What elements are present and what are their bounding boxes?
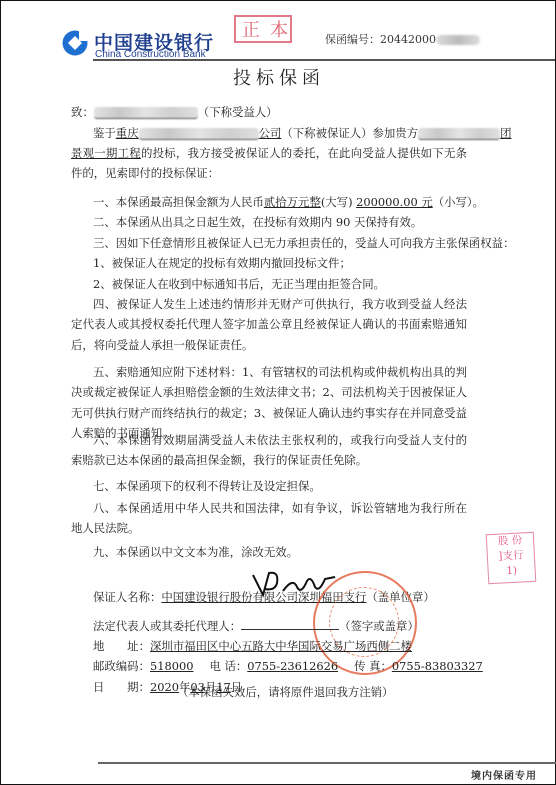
redacted-company xyxy=(139,128,259,140)
guarantee-number: 保函编号：20442000 xyxy=(325,31,480,47)
intro-text: （下称被保证人）参加贵方 xyxy=(281,126,418,140)
original-stamp: 正本 xyxy=(234,15,292,43)
side-stamp: 股 份 ]支行 1) xyxy=(486,532,537,584)
representative-suffix: （签字或盖章） xyxy=(339,619,419,633)
company-name-end: 公司 xyxy=(259,126,282,140)
footer-label: 境内保函专用 xyxy=(471,767,537,782)
ccb-logo-icon xyxy=(62,30,88,56)
clause-1: 一、本保函最高担保金额为人民币贰拾万元整(大写) 200000.00 元（小写）… xyxy=(93,192,484,213)
redacted-project xyxy=(418,128,500,140)
clause-6: 六、本保函有效期届满受益人未依法主张权利的，或我行向受益人支付的索赔款已达本保函… xyxy=(71,430,467,471)
recipient-line: 致：（下称受益人） xyxy=(71,102,278,123)
date-year: 2020 xyxy=(150,680,179,694)
date-label: 日 期： xyxy=(93,680,150,694)
redacted-block xyxy=(436,35,480,45)
address-line: 地 址：深圳市福田区中心五路大中华国际交易广场西侧二楼 xyxy=(93,636,412,657)
document-title: 投标保函 xyxy=(1,64,556,90)
contact-line: 邮政编码：518000电 话：0755-23612626传 真：0755-838… xyxy=(93,656,483,677)
company-name-start: 重庆 xyxy=(116,126,139,140)
postcode-label: 邮政编码： xyxy=(93,659,150,673)
header-divider xyxy=(93,59,555,61)
signature-line xyxy=(241,617,339,630)
clause-2: 二、本保函从出具之日起生效，在投标有效期内 90 天保持有效。 xyxy=(93,212,422,233)
guarantor-label: 保证人名称： xyxy=(93,590,161,604)
clause-9: 九、本保函以中文文本为准，涂改无效。 xyxy=(93,542,298,563)
clause-4: 四、被保证人发生上述违约情形并无财产可供执行，我方收到受益人经法定代表人或其授权… xyxy=(71,294,467,355)
clause-8: 八、本保函适用中华人民共和国法律，如有争议，诉讼管辖地为我行所在地人民法院。 xyxy=(71,498,467,539)
recipient-suffix: （下称受益人） xyxy=(198,105,278,119)
footer-divider xyxy=(98,762,556,764)
amount-in-figures: 200000.00 元 xyxy=(356,195,433,209)
document-page: 中国建设银行 China Construction Bank 正本 保函编号：2… xyxy=(0,0,556,785)
handwritten-signature xyxy=(249,569,339,601)
return-notice-text: （本保函失效后，请将原件退回我方注销） xyxy=(177,682,393,703)
postcode-value: 518000 xyxy=(150,659,193,673)
fax-label: 传 真： xyxy=(354,659,392,673)
clause-text: 一、本保函最高担保金额为人民币 xyxy=(93,195,264,209)
amount-in-words: 贰拾万元整 xyxy=(264,195,321,209)
intro-line-1: 鉴于重庆公司（下称被保证人）参加贵方团 xyxy=(93,123,512,144)
guarantee-number-value: 20442000 xyxy=(380,33,436,46)
guarantee-number-label: 保函编号： xyxy=(325,33,380,46)
representative-line: 法定代表人或其委托代理人：（签字或盖章） xyxy=(93,616,419,637)
clause-3-item-1: 1、被保证人在规定的投标有效期内撤回投标文件； xyxy=(93,253,351,274)
clause-3-item-2: 2、被保证人在收到中标通知书后，无正当理由拒签合同。 xyxy=(93,274,385,295)
fax-value: 0755-83803327 xyxy=(392,659,483,673)
project-name-end: 团 xyxy=(500,126,511,140)
clause-7: 七、本保函项下的权利不得转让及设定担保。 xyxy=(93,476,321,497)
clause-text: （小写）。 xyxy=(433,195,484,209)
clause-text: (大写) xyxy=(321,195,356,209)
recipient-prefix: 致： xyxy=(71,105,94,119)
intro-text: 鉴于 xyxy=(93,126,116,140)
side-stamp-text: 1) xyxy=(488,563,535,580)
redacted-beneficiary xyxy=(94,107,198,119)
phone-value: 0755-23612626 xyxy=(247,659,338,673)
project-name: 景观一期工程 xyxy=(71,146,141,160)
clause-3: 三、因如下任意情形且被保证人已无力承担责任的，受益人可向我方主张保函权益： xyxy=(93,233,514,254)
address-label: 地 址： xyxy=(93,639,150,653)
intro-line-2: 景观一期工程的投标，我方接受被保证人的委托，在此向受益人提供如下无条件的，见索即… xyxy=(71,143,467,184)
representative-label: 法定代表人或其委托代理人： xyxy=(93,619,241,633)
phone-label: 电 话： xyxy=(209,659,247,673)
address-value: 深圳市福田区中心五路大中华国际交易广场西侧二楼 xyxy=(150,639,412,653)
